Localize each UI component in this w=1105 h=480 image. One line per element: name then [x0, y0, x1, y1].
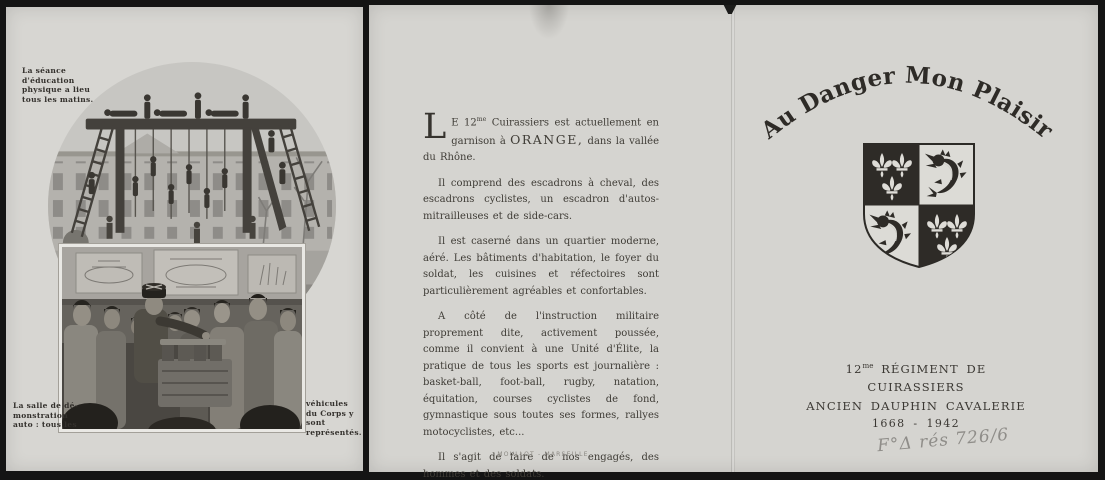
- demonstration-engine: [158, 339, 232, 407]
- engine-class-illustration: [62, 247, 302, 429]
- scan-smudge: [517, 5, 581, 63]
- caption-demo-room-right: véhicules du Corps y sont représentés.: [306, 399, 362, 437]
- dropcap-letter: L: [423, 112, 451, 141]
- paragraph-sports: A côté de l'instruction militaire propre…: [423, 309, 659, 441]
- paragraph-squadrons: Il comprend des escadrons à cheval, des …: [423, 176, 659, 226]
- paragraph-intro: LE 12me Cuirassiers est actuellement en …: [423, 112, 659, 167]
- fold-shadow-notch: [721, 5, 739, 14]
- caption-morning-gymnastics: La séance d'éducation physique a lieu to…: [22, 66, 102, 104]
- photo-auto-demonstration-room: [59, 244, 305, 432]
- regiment-line-2: ANCIEN DAUPHIN CAVALERIE: [796, 397, 1036, 416]
- regimental-coat-of-arms: [858, 140, 980, 272]
- paragraph-quarters: Il est caserné dans un quartier moderne,…: [423, 234, 659, 300]
- right-sheet: LE 12me Cuirassiers est actuellement en …: [369, 5, 1098, 472]
- svg-text:Au Danger Mon Plaisir: Au Danger Mon Plaisir: [757, 62, 1057, 145]
- wall-diagrams: [62, 247, 302, 299]
- motto-arched-title: Au Danger Mon Plaisir: [757, 42, 1057, 150]
- garrison-city: ORANGE,: [510, 132, 583, 147]
- left-page: La séance d'éducation physique a lieu to…: [6, 7, 363, 471]
- caption-demo-room-left: La salle de dé- monstration auto : tous …: [13, 401, 79, 430]
- body-text-column: LE 12me Cuirassiers est actuellement en …: [423, 112, 659, 480]
- printer-imprint: MOULLOT - MARSEILLE: [473, 451, 613, 458]
- scanned-brochure-spread: La séance d'éducation physique a lieu to…: [0, 0, 1105, 480]
- page-fold-crease: [731, 5, 735, 472]
- regiment-title-block: 12me RÉGIMENT DE CUIRASSIERS ANCIEN DAUP…: [796, 357, 1036, 434]
- quarter-fleurs-4: [919, 205, 974, 267]
- regiment-line-1: 12me RÉGIMENT DE CUIRASSIERS: [796, 357, 1036, 397]
